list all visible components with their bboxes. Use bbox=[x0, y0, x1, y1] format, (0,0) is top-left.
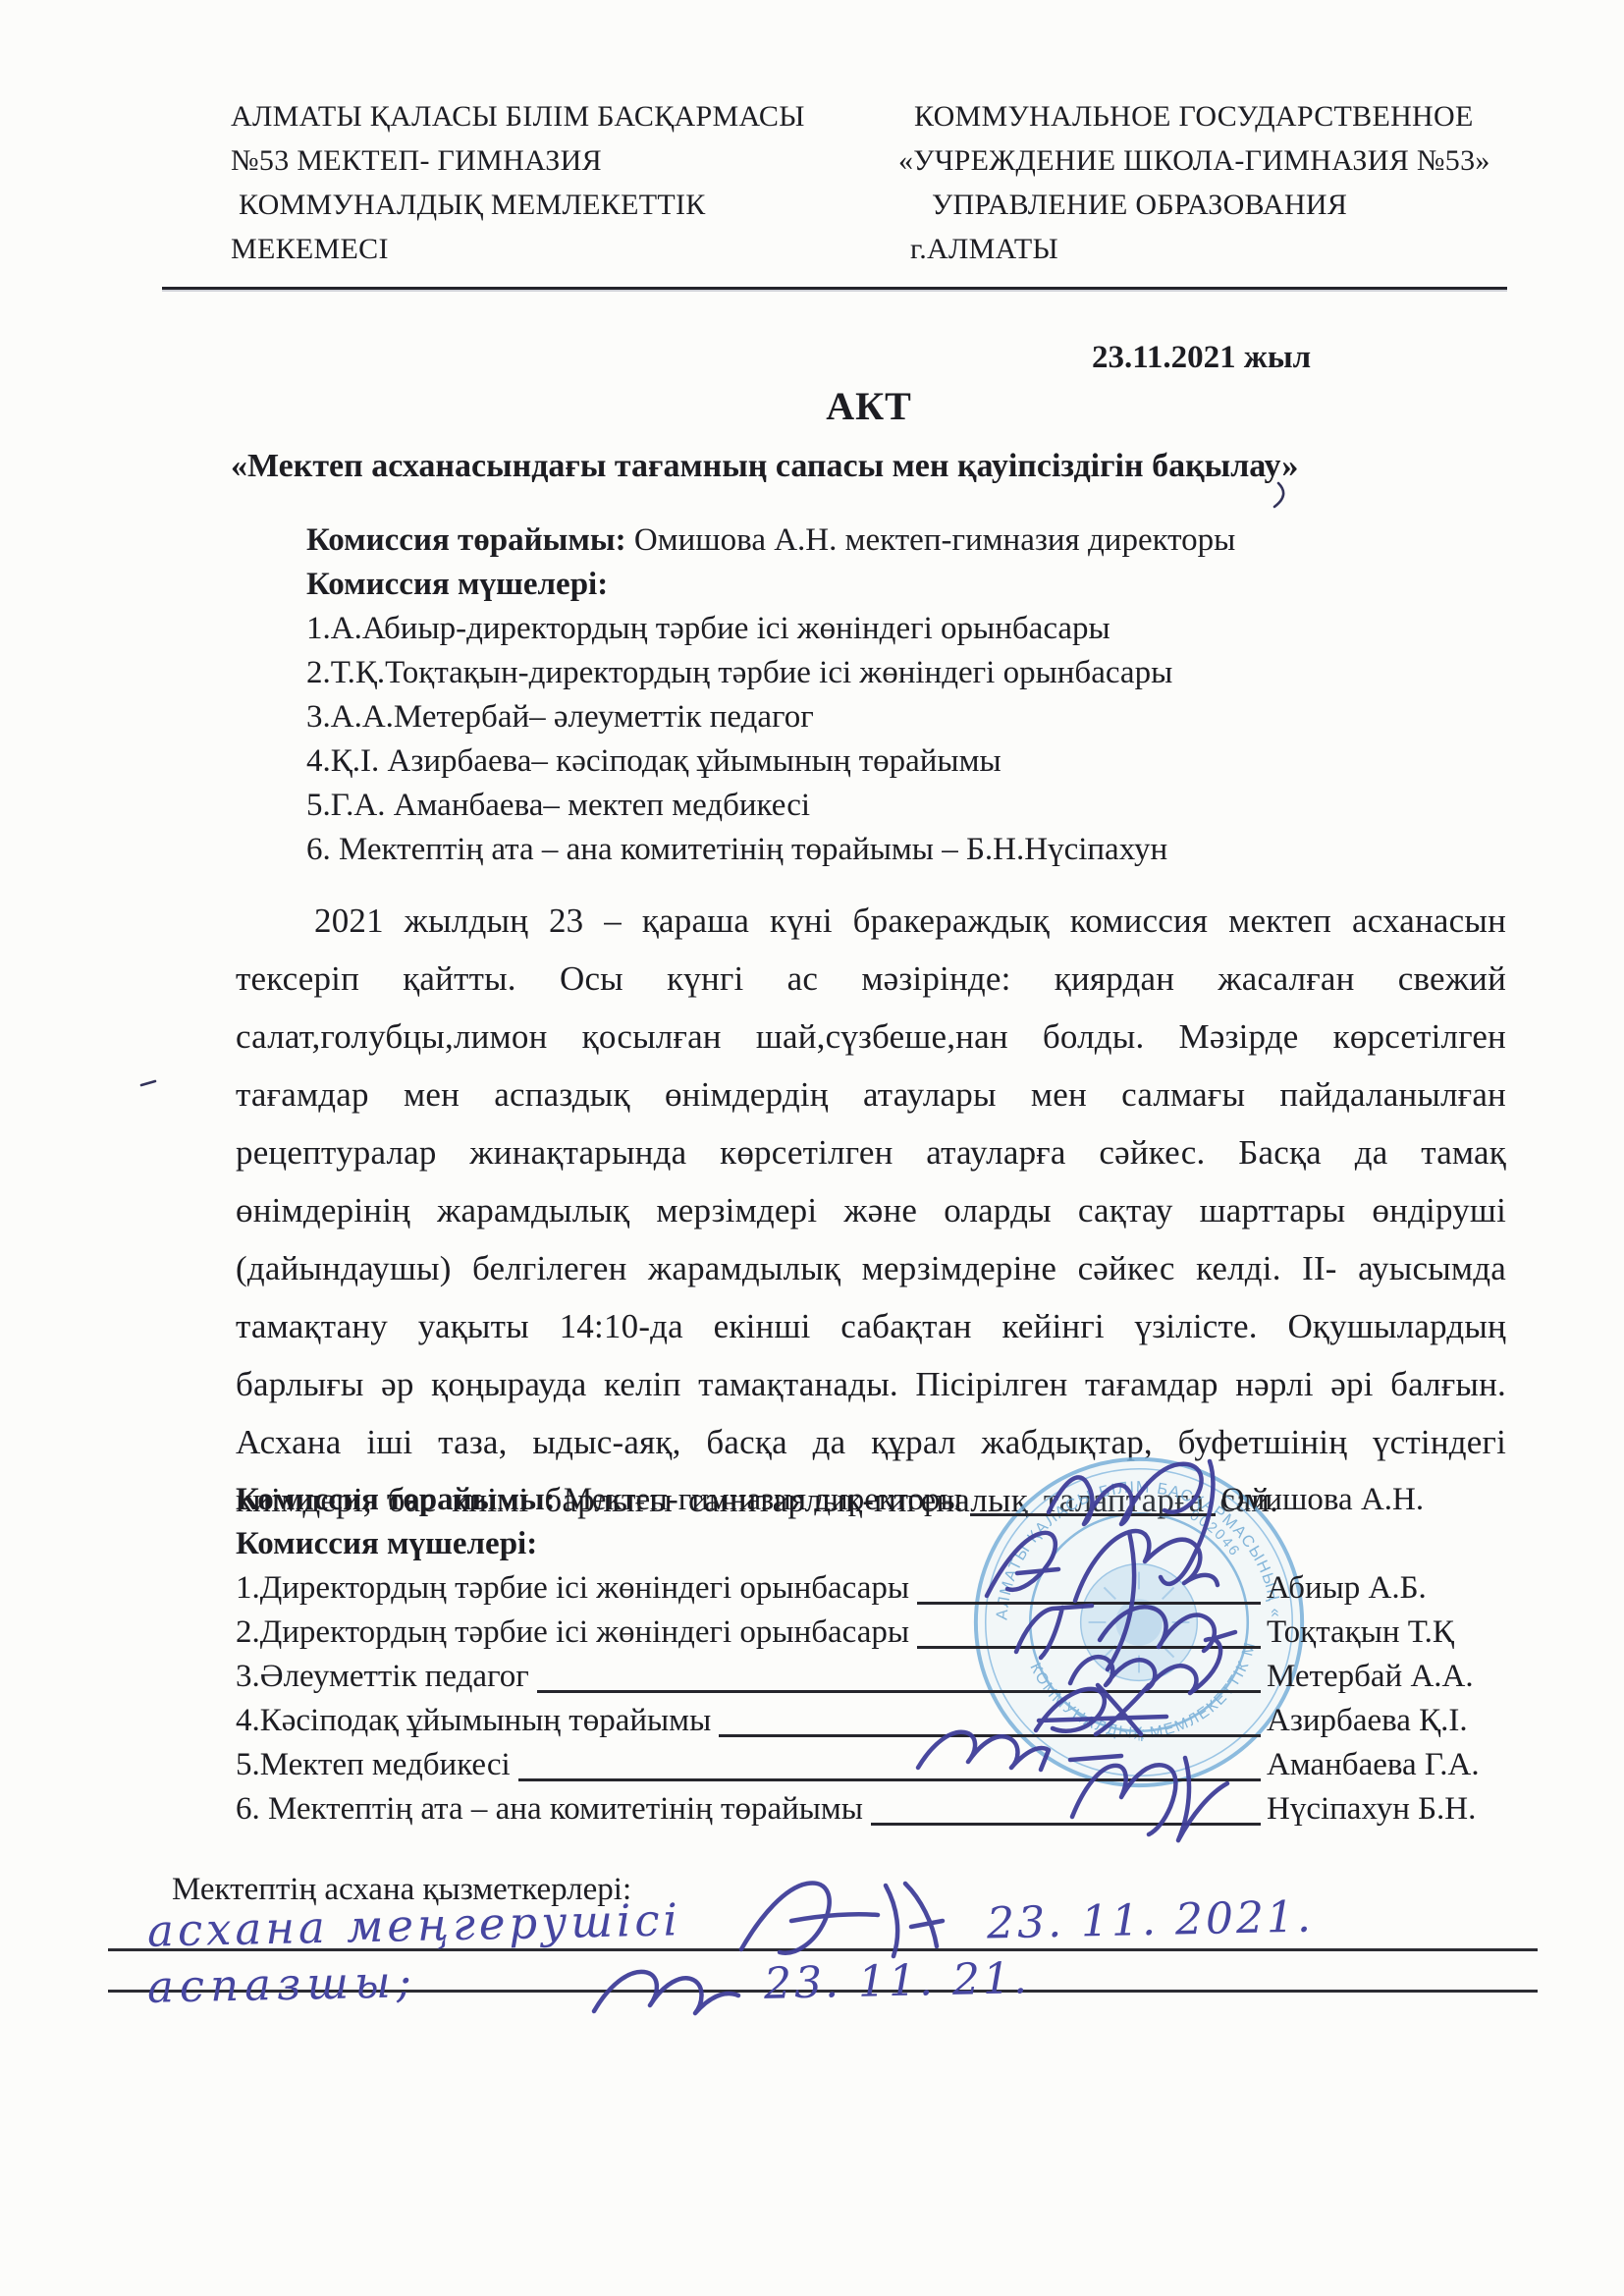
commission-chair-value: Омишова А.Н. мектеп-гимназия директоры bbox=[626, 522, 1236, 558]
signature-row-chair: Комиссия төрайымы: Мектеп-гимназия дирек… bbox=[236, 1478, 1512, 1522]
chair-role: Мектеп-гимназия директоры bbox=[556, 1482, 962, 1517]
signature-line bbox=[518, 1778, 1261, 1781]
scan-mark-subtitle-tick bbox=[1274, 483, 1283, 507]
signature-row: 4.Кәсіподақ ұйымының төрайымы Азирбаева … bbox=[236, 1699, 1512, 1743]
signature-role: 1.Директордың тәрбие ісі жөніндегі орынб… bbox=[236, 1566, 909, 1611]
letterhead-line: КОММУНАЛДЫҚ МЕМЛЕКЕТТІК bbox=[231, 183, 839, 227]
handwritten-date-1: 23. 11. 2021. bbox=[987, 1892, 1315, 1949]
letterhead-line: МЕКЕМЕСІ bbox=[231, 227, 839, 271]
commission-member: 4.Қ.І. Азирбаева– кәсіподақ ұйымының төр… bbox=[306, 739, 1514, 784]
signature-row: 5.Мектеп медбикесі Аманбаева Г.А. bbox=[236, 1743, 1512, 1787]
signature-chair-label: Комиссия төрайымы: Мектеп-гимназия дирек… bbox=[236, 1478, 962, 1522]
signature-line bbox=[917, 1646, 1261, 1649]
canteen-signature-1 bbox=[741, 1883, 943, 1956]
letterhead: АЛМАТЫ ҚАЛАСЫ БІЛІМ БАСҚАРМАСЫ №53 МЕКТЕ… bbox=[231, 94, 1507, 271]
document-page: АЛМАТЫ ҚАЛАСЫ БІЛІМ БАСҚАРМАСЫ №53 МЕКТЕ… bbox=[0, 0, 1624, 2296]
signature-members-label: Комиссия мүшелері: bbox=[236, 1522, 1512, 1566]
signature-row: 1.Директордың тәрбие ісі жөніндегі орынб… bbox=[236, 1566, 1512, 1611]
signature-role: 6. Мектептің ата – ана комитетінің төрай… bbox=[236, 1787, 863, 1831]
signature-role: 3.Әлеуметтік педагог bbox=[236, 1655, 529, 1699]
signature-row: 6. Мектептің ата – ана комитетінің төрай… bbox=[236, 1787, 1512, 1831]
signature-row: 2.Директордың тәрбие ісі жөніндегі орынб… bbox=[236, 1611, 1512, 1655]
letterhead-line: №53 МЕКТЕП- ГИМНАЗИЯ bbox=[231, 138, 839, 183]
letterhead-line: г.АЛМАТЫ bbox=[898, 227, 1507, 271]
signature-name: Метербай А.А. bbox=[1267, 1655, 1512, 1699]
signature-name: Нүсіпахун Б.Н. bbox=[1267, 1787, 1512, 1831]
signature-name: Абиыр А.Б. bbox=[1267, 1566, 1512, 1611]
letterhead-line: АЛМАТЫ ҚАЛАСЫ БІЛІМ БАСҚАРМАСЫ bbox=[231, 94, 839, 138]
signature-section: Комиссия төрайымы: Мектеп-гимназия дирек… bbox=[236, 1478, 1512, 1831]
signature-line bbox=[917, 1602, 1261, 1605]
letterhead-kazakh: АЛМАТЫ ҚАЛАСЫ БІЛІМ БАСҚАРМАСЫ №53 МЕКТЕ… bbox=[231, 94, 839, 271]
document-title: АКТ bbox=[231, 383, 1507, 429]
header-divider bbox=[162, 287, 1507, 290]
letterhead-line: «УЧРЕЖДЕНИЕ ШКОЛА-ГИМНАЗИЯ №53» bbox=[898, 138, 1507, 183]
members-label-bold: Комиссия мүшелері: bbox=[236, 1526, 537, 1561]
scan-mark-margin-dash bbox=[141, 1081, 155, 1085]
signature-line bbox=[970, 1513, 1216, 1516]
signature-line bbox=[537, 1690, 1261, 1693]
signature-name: Омишова А.Н. bbox=[1221, 1478, 1467, 1522]
signature-line bbox=[871, 1823, 1261, 1826]
letterhead-line: УПРАВЛЕНИЕ ОБРАЗОВАНИЯ bbox=[898, 183, 1507, 227]
commission-member: 2.Т.Қ.Тоқтақын-директордың тәрбие ісі жө… bbox=[306, 651, 1514, 695]
commission-chair: Комиссия төрайымы: Омишова А.Н. мектеп-г… bbox=[306, 519, 1514, 563]
commission-member: 3.А.А.Метербай– әлеуметтік педагог bbox=[306, 695, 1514, 739]
letterhead-russian: КОММУНАЛЬНОЕ ГОСУДАРСТВЕННОЕ «УЧРЕЖДЕНИЕ… bbox=[898, 94, 1507, 271]
document-subtitle: «Мектеп асханасындағы тағамның сапасы ме… bbox=[231, 448, 1517, 485]
handwritten-role-2: аспазшы; bbox=[146, 1955, 417, 2013]
commission-members-label: Комиссия мүшелері: bbox=[306, 563, 1514, 607]
signature-line bbox=[719, 1734, 1261, 1737]
signature-role: 5.Мектеп медбикесі bbox=[236, 1743, 511, 1787]
document-date: 23.11.2021 жыл bbox=[1092, 340, 1311, 376]
commission-member: 5.Г.А. Аманбаева– мектеп медбикесі bbox=[306, 784, 1514, 828]
signature-name: Азирбаева Қ.І. bbox=[1267, 1699, 1512, 1743]
signature-name: Тоқтақын Т.Қ bbox=[1267, 1611, 1512, 1655]
commission-members-label-text: Комиссия мүшелері: bbox=[306, 567, 608, 602]
letterhead-line: КОММУНАЛЬНОЕ ГОСУДАРСТВЕННОЕ bbox=[898, 94, 1507, 138]
commission-member: 6. Мектептің ата – ана комитетінің төрай… bbox=[306, 828, 1514, 872]
commission-member: 1.А.Абиыр-директордың тәрбие ісі жөнінде… bbox=[306, 607, 1514, 651]
body-paragraph: 2021 жылдың 23 – қараша күні бракераждық… bbox=[236, 892, 1506, 1471]
signature-role: 4.Кәсіподақ ұйымының төрайымы bbox=[236, 1699, 711, 1743]
handwritten-date-2: 23. 11. 21. bbox=[763, 1953, 1030, 2009]
signature-name: Аманбаева Г.А. bbox=[1267, 1743, 1512, 1787]
signature-row: 3.Әлеуметтік педагог Метербай А.А. bbox=[236, 1655, 1512, 1699]
commission-chair-label: Комиссия төрайымы: bbox=[306, 522, 626, 558]
chair-label-bold: Комиссия төрайымы: bbox=[236, 1482, 556, 1517]
commission-list: Комиссия төрайымы: Омишова А.Н. мектеп-г… bbox=[306, 519, 1514, 872]
signature-role: 2.Директордың тәрбие ісі жөніндегі орынб… bbox=[236, 1611, 909, 1655]
